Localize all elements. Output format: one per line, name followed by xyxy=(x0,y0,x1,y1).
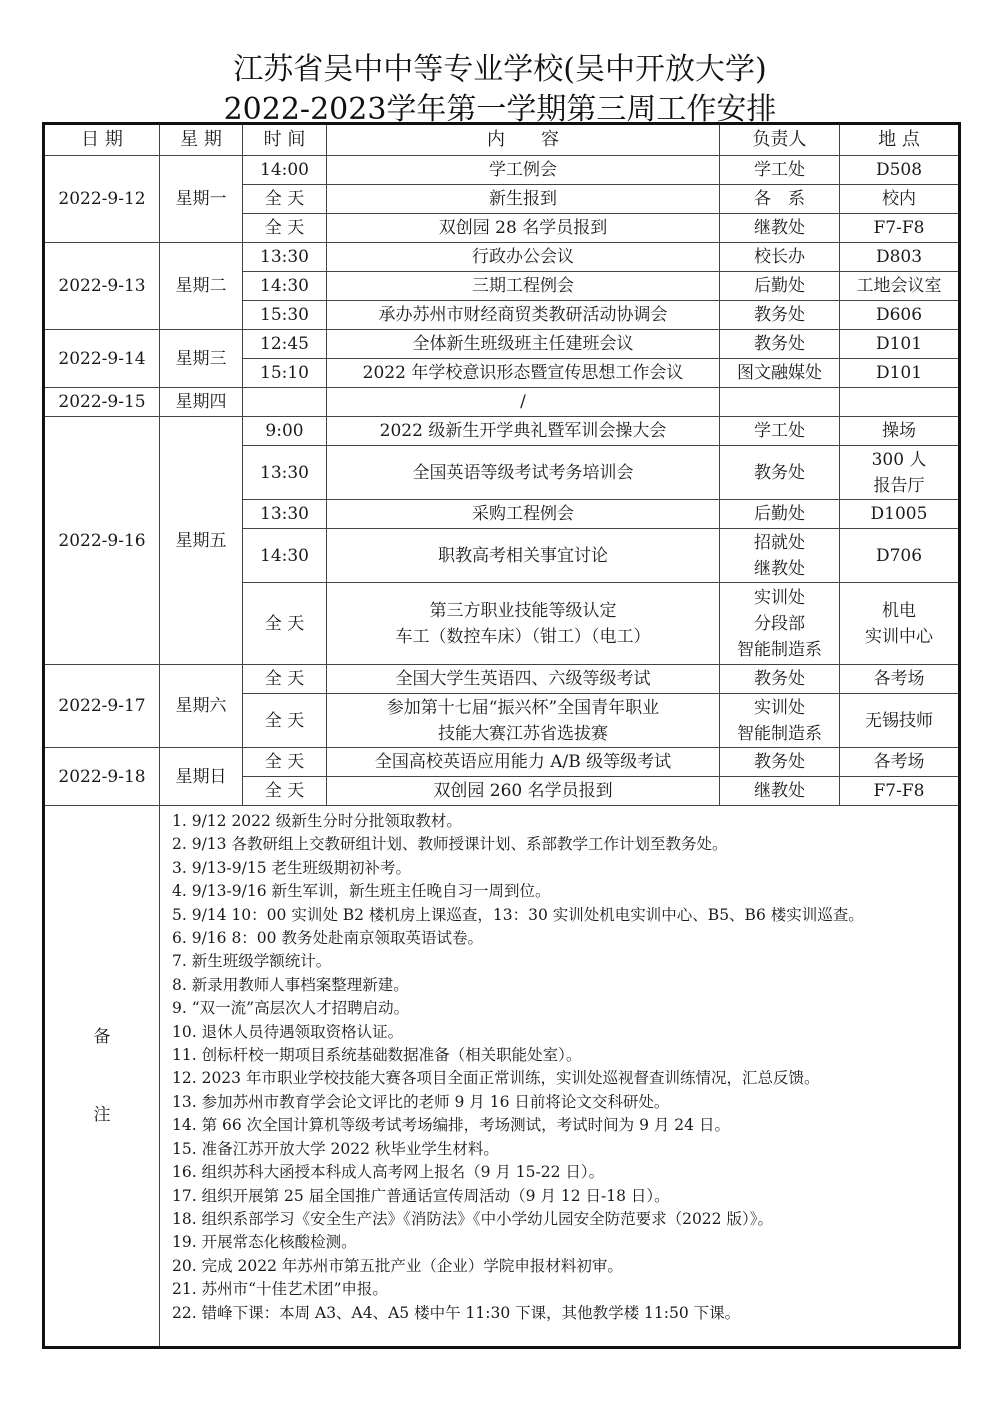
location-cell xyxy=(840,388,960,417)
note-item: 9. “双一流”高层次人才招聘启动。 xyxy=(172,997,958,1020)
content-cell: 承办苏州市财经商贸类教研活动协调会 xyxy=(327,301,720,330)
location-cell: 300 人 报告厅 xyxy=(840,446,960,500)
time-cell: 15:30 xyxy=(243,301,327,330)
owner-cell: 后勤处 xyxy=(720,272,840,301)
table-row: 2022-9-17 星期六 全 天 全国大学生英语四、六级等级考试 教务处 各考… xyxy=(44,665,960,694)
content-cell: 全国大学生英语四、六级等级考试 xyxy=(327,665,720,694)
column-header-date: 日 期 xyxy=(44,124,160,156)
location-cell: D508 xyxy=(840,156,960,185)
notes-label-top: 备 xyxy=(47,1024,157,1050)
note-item: 17. 组织开展第 25 届全国推广普通话宣传周活动（9 月 12 日-18 日… xyxy=(172,1185,958,1208)
table-header-row: 日 期 星 期 时 间 内 容 负责人 地 点 xyxy=(44,124,960,156)
content-cell: 全国高校英语应用能力 A/B 级等级考试 xyxy=(327,748,720,777)
location-cell: 各考场 xyxy=(840,665,960,694)
note-item: 15. 准备江苏开放大学 2022 秋毕业学生材料。 xyxy=(172,1138,958,1161)
date-cell: 2022-9-17 xyxy=(44,665,160,748)
content-cell: 第三方职业技能等级认定 车工（数控车床）（钳工）（电工） xyxy=(327,583,720,665)
column-header-location: 地 点 xyxy=(840,124,960,156)
document-title: 江苏省吴中中等专业学校(吴中开放大学) xyxy=(0,44,1000,88)
date-cell: 2022-9-12 xyxy=(44,156,160,243)
weekday-cell: 星期六 xyxy=(160,665,243,748)
time-cell: 13:30 xyxy=(243,446,327,500)
date-cell: 2022-9-16 xyxy=(44,417,160,665)
location-cell: F7-F8 xyxy=(840,214,960,243)
date-cell: 2022-9-14 xyxy=(44,330,160,388)
note-item: 6. 9/16 8：00 教务处赴南京领取英语试卷。 xyxy=(172,927,958,950)
location-cell: 机电 实训中心 xyxy=(840,583,960,665)
owner-cell: 各 系 xyxy=(720,185,840,214)
owner-cell: 后勤处 xyxy=(720,500,840,529)
owner-cell: 继教处 xyxy=(720,777,840,806)
location-cell: 无锡技师 xyxy=(840,694,960,748)
schedule-table: 日 期 星 期 时 间 内 容 负责人 地 点 2022-9-12 星期一 14… xyxy=(42,122,961,1349)
location-line: 机电 xyxy=(842,598,956,624)
weekday-cell: 星期四 xyxy=(160,388,243,417)
column-header-owner: 负责人 xyxy=(720,124,840,156)
time-cell xyxy=(243,388,327,417)
owner-line: 继教处 xyxy=(722,556,837,582)
note-item: 19. 开展常态化核酸检测。 xyxy=(172,1231,958,1254)
column-header-time: 时 间 xyxy=(243,124,327,156)
owner-cell: 教务处 xyxy=(720,330,840,359)
weekday-cell: 星期二 xyxy=(160,243,243,330)
content-line: 车工（数控车床）（钳工）（电工） xyxy=(329,624,717,650)
content-cell: 三期工程例会 xyxy=(327,272,720,301)
owner-cell: 图文融媒处 xyxy=(720,359,840,388)
owner-cell: 教务处 xyxy=(720,748,840,777)
time-cell: 14:30 xyxy=(243,529,327,583)
content-cell: 行政办公会议 xyxy=(327,243,720,272)
table-row: 2022-9-12 星期一 14:00 学工例会 学工处 D508 xyxy=(44,156,960,185)
time-cell: 15:10 xyxy=(243,359,327,388)
content-cell: 2022 级新生开学典礼暨军训会操大会 xyxy=(327,417,720,446)
location-cell: D803 xyxy=(840,243,960,272)
owner-cell xyxy=(720,388,840,417)
location-cell: D1005 xyxy=(840,500,960,529)
owner-cell: 教务处 xyxy=(720,301,840,330)
content-cell: 新生报到 xyxy=(327,185,720,214)
notes-label: 备 注 xyxy=(44,806,160,1348)
notes-list: 1. 9/12 2022 级新生分时分批领取教材。 2. 9/13 各教研组上交… xyxy=(160,806,960,1348)
location-cell: 各考场 xyxy=(840,748,960,777)
note-item: 3. 9/13-9/15 老生班级期初补考。 xyxy=(172,857,958,880)
time-cell: 全 天 xyxy=(243,748,327,777)
notes-label-bottom: 注 xyxy=(47,1102,157,1128)
content-line: 第三方职业技能等级认定 xyxy=(329,598,717,624)
location-cell: 操场 xyxy=(840,417,960,446)
notes-row: 备 注 1. 9/12 2022 级新生分时分批领取教材。 2. 9/13 各教… xyxy=(44,806,960,1348)
weekday-cell: 星期一 xyxy=(160,156,243,243)
location-cell: D606 xyxy=(840,301,960,330)
weekday-cell: 星期三 xyxy=(160,330,243,388)
note-item: 4. 9/13-9/16 新生军训，新生班主任晚自习一周到位。 xyxy=(172,880,958,903)
note-item: 7. 新生班级学额统计。 xyxy=(172,950,958,973)
note-item: 20. 完成 2022 年苏州市第五批产业（企业）学院申报材料初审。 xyxy=(172,1255,958,1278)
table-row: 2022-9-16 星期五 9:00 2022 级新生开学典礼暨军训会操大会 学… xyxy=(44,417,960,446)
weekday-cell: 星期五 xyxy=(160,417,243,665)
owner-line: 实训处 xyxy=(722,585,837,611)
location-cell: 工地会议室 xyxy=(840,272,960,301)
owner-line: 智能制造系 xyxy=(722,637,837,663)
owner-line: 分段部 xyxy=(722,611,837,637)
location-cell: D101 xyxy=(840,330,960,359)
content-cell: 双创园 28 名学员报到 xyxy=(327,214,720,243)
location-line: 报告厅 xyxy=(842,473,956,499)
time-cell: 14:30 xyxy=(243,272,327,301)
time-cell: 12:45 xyxy=(243,330,327,359)
note-item: 16. 组织苏科大函授本科成人高考网上报名（9 月 15-22 日）。 xyxy=(172,1161,958,1184)
owner-cell: 教务处 xyxy=(720,665,840,694)
time-cell: 全 天 xyxy=(243,214,327,243)
column-header-weekday: 星 期 xyxy=(160,124,243,156)
date-cell: 2022-9-13 xyxy=(44,243,160,330)
content-cell: 2022 年学校意识形态暨宣传思想工作会议 xyxy=(327,359,720,388)
location-cell: D706 xyxy=(840,529,960,583)
content-line: 技能大赛江苏省选拔赛 xyxy=(329,721,717,747)
date-cell: 2022-9-18 xyxy=(44,748,160,806)
time-cell: 全 天 xyxy=(243,583,327,665)
content-cell: 学工例会 xyxy=(327,156,720,185)
owner-cell: 校长办 xyxy=(720,243,840,272)
date-cell: 2022-9-15 xyxy=(44,388,160,417)
owner-cell: 学工处 xyxy=(720,156,840,185)
content-cell: 双创园 260 名学员报到 xyxy=(327,777,720,806)
table-row: 2022-9-18 星期日 全 天 全国高校英语应用能力 A/B 级等级考试 教… xyxy=(44,748,960,777)
note-item: 14. 第 66 次全国计算机等级考试考场编排，考场测试，考试时间为 9 月 2… xyxy=(172,1114,958,1137)
content-cell: 全国英语等级考试考务培训会 xyxy=(327,446,720,500)
owner-cell: 学工处 xyxy=(720,417,840,446)
location-cell: F7-F8 xyxy=(840,777,960,806)
note-item: 22. 错峰下课：本周 A3、A4、A5 楼中午 11:30 下课，其他教学楼 … xyxy=(172,1302,958,1325)
time-cell: 全 天 xyxy=(243,185,327,214)
owner-cell: 实训处 智能制造系 xyxy=(720,694,840,748)
time-cell: 全 天 xyxy=(243,665,327,694)
column-header-content: 内 容 xyxy=(327,124,720,156)
note-item: 5. 9/14 10：00 实训处 B2 楼机房上课巡查，13：30 实训处机电… xyxy=(172,904,958,927)
time-cell: 全 天 xyxy=(243,777,327,806)
content-cell: 职教高考相关事宜讨论 xyxy=(327,529,720,583)
note-item: 1. 9/12 2022 级新生分时分批领取教材。 xyxy=(172,810,958,833)
location-cell: D101 xyxy=(840,359,960,388)
content-cell: 参加第十七届“振兴杯”全国青年职业 技能大赛江苏省选拔赛 xyxy=(327,694,720,748)
time-cell: 13:30 xyxy=(243,500,327,529)
owner-cell: 教务处 xyxy=(720,446,840,500)
time-cell: 13:30 xyxy=(243,243,327,272)
location-cell: 校内 xyxy=(840,185,960,214)
table-row: 2022-9-14 星期三 12:45 全体新生班级班主任建班会议 教务处 D1… xyxy=(44,330,960,359)
owner-line: 智能制造系 xyxy=(722,721,837,747)
weekday-cell: 星期日 xyxy=(160,748,243,806)
note-item: 12. 2023 年市职业学校技能大赛各项目全面正常训练，实训处巡视督查训练情况… xyxy=(172,1067,958,1090)
time-cell: 全 天 xyxy=(243,694,327,748)
owner-cell: 招就处 继教处 xyxy=(720,529,840,583)
owner-cell: 实训处 分段部 智能制造系 xyxy=(720,583,840,665)
note-item: 8. 新录用教师人事档案整理新建。 xyxy=(172,974,958,997)
note-item: 13. 参加苏州市教育学会论文评比的老师 9 月 16 日前将论文交科研处。 xyxy=(172,1091,958,1114)
content-cell: / xyxy=(327,388,720,417)
owner-line: 招就处 xyxy=(722,530,837,556)
owner-cell: 继教处 xyxy=(720,214,840,243)
note-item: 21. 苏州市“十佳艺术团”申报。 xyxy=(172,1278,958,1301)
location-line: 300 人 xyxy=(842,447,956,473)
owner-line: 实训处 xyxy=(722,695,837,721)
content-cell: 采购工程例会 xyxy=(327,500,720,529)
table-row: 2022-9-13 星期二 13:30 行政办公会议 校长办 D803 xyxy=(44,243,960,272)
note-item: 18. 组织系部学习《安全生产法》《消防法》《中小学幼儿园安全防范要求（2022… xyxy=(172,1208,958,1231)
content-line: 参加第十七届“振兴杯”全国青年职业 xyxy=(329,695,717,721)
note-item: 10. 退休人员待遇领取资格认证。 xyxy=(172,1021,958,1044)
content-cell: 全体新生班级班主任建班会议 xyxy=(327,330,720,359)
time-cell: 14:00 xyxy=(243,156,327,185)
note-item: 2. 9/13 各教研组上交教研组计划、教师授课计划、系部教学工作计划至教务处。 xyxy=(172,833,958,856)
note-item: 11. 创标杆校一期项目系统基础数据准备（相关职能处室）。 xyxy=(172,1044,958,1067)
time-cell: 9:00 xyxy=(243,417,327,446)
table-row: 2022-9-15 星期四 / xyxy=(44,388,960,417)
location-line: 实训中心 xyxy=(842,624,956,650)
